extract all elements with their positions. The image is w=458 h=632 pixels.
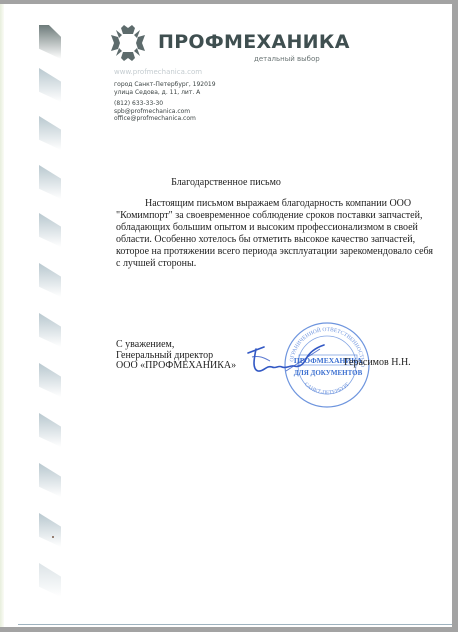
phone-number: (812) 633-33-30 — [114, 100, 216, 108]
svg-text:САНКТ-ПЕТЕРБУРГ: САНКТ-ПЕТЕРБУРГ — [303, 381, 351, 396]
decorative-chevron — [39, 513, 61, 547]
decorative-chevron — [39, 213, 61, 247]
decorative-chevron — [39, 116, 61, 150]
letter-title: Благодарственное письмо — [0, 177, 452, 188]
email-office: office@profmechanica.com — [114, 115, 216, 123]
signer-organization: ООО «ПРОФМЕХАНИКА» — [116, 361, 236, 372]
page-bottom-edge — [18, 624, 452, 625]
company-contacts: город Санкт-Петербург, 192019 улица Седо… — [114, 81, 216, 123]
decorative-chevron — [39, 363, 61, 397]
decorative-chevron — [39, 563, 61, 597]
letter-page: ПРОФМЕХАНИКА детальный выбор www.profmec… — [0, 4, 452, 627]
company-logo-text: ПРОФМЕХАНИКА — [158, 31, 350, 53]
email-spb: spb@profmechanica.com — [114, 108, 216, 116]
handwritten-signature — [246, 341, 326, 381]
decorative-chevron — [39, 25, 61, 59]
decorative-chevron — [39, 263, 61, 297]
signer-name: Герасимов Н.Н. — [344, 357, 411, 368]
page-edge — [0, 4, 4, 627]
gear-logo-icon — [108, 25, 148, 61]
company-tagline: детальный выбор — [254, 55, 320, 63]
scan-speck — [52, 536, 54, 538]
decorative-chevron — [39, 313, 61, 347]
address-line-2: улица Седова, д. 11, лит. А — [114, 89, 216, 97]
signature-block: С уважением, Генеральный директор ООО «П… — [116, 340, 236, 372]
company-website: www.profmechanica.com — [114, 68, 202, 76]
letter-paragraph: Настоящим письмом выражаем благодарность… — [116, 198, 436, 270]
closing: С уважением, — [116, 340, 236, 351]
letter-body: Настоящим письмом выражаем благодарность… — [116, 198, 436, 270]
decorative-chevron — [39, 68, 61, 102]
stamp-ring-bottom: САНКТ-ПЕТЕРБУРГ — [303, 381, 351, 396]
address-line-1: город Санкт-Петербург, 192019 — [114, 81, 216, 89]
decorative-chevron — [39, 413, 61, 447]
decorative-chevron — [39, 463, 61, 497]
